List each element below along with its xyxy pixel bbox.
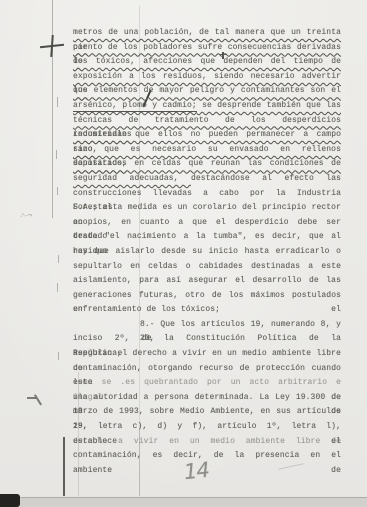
line-segment: aislamiento, para así asegurar el desarr… bbox=[73, 276, 341, 285]
line-segment: hay que aislarlo desde su inicio hasta e… bbox=[73, 247, 341, 256]
line-segment: enfrentamiento de los tóxicos; bbox=[73, 305, 220, 314]
line-segment: seguridad adecuadas, bbox=[73, 174, 191, 183]
text-line: depositados en celdas que reunan las con… bbox=[73, 157, 341, 172]
text-line: seguridad adecuadas, destacándose al efe… bbox=[73, 172, 341, 187]
text-line: desde "el nacimiento a la tumba", es dec… bbox=[73, 230, 341, 245]
line-segment: los tóxicos, afecciones que dependen del… bbox=[73, 57, 341, 66]
text-line: metros de una población, de tal manera q… bbox=[73, 26, 341, 41]
pencil-scribble-mark: ·'·¬ bbox=[19, 208, 46, 222]
margin-tick-mark bbox=[57, 283, 58, 292]
text-line: aislamiento, para así asegurar el desarr… bbox=[73, 274, 341, 289]
text-line: los elementos de mayor peligro y contami… bbox=[73, 84, 341, 99]
text-line: sepultarlo en celdas o cabidades destina… bbox=[73, 260, 341, 275]
text-line: lema se .es quebrantado por un acto arbi… bbox=[73, 376, 341, 391]
text-line: construcciones llevadas a cabo por la In… bbox=[73, 187, 341, 202]
line-segment: derecho a vivir en un medio ambiente lib… bbox=[73, 437, 341, 446]
text-line: derecho a vivir en un medio ambiente lib… bbox=[73, 435, 341, 450]
line-segment: depositados en celdas que reunan las con… bbox=[73, 159, 341, 168]
pencil-dash-mark bbox=[27, 397, 36, 399]
text-line: los tóxicos, afecciones que dependen del… bbox=[73, 55, 341, 70]
line-segment: se desprende también que las bbox=[197, 101, 341, 110]
line-segment: destacándose al efecto las bbox=[191, 174, 341, 183]
registration-cross-mark bbox=[40, 44, 64, 48]
underlined-phrase: arsénico, plomo y cadmio; bbox=[73, 101, 197, 112]
margin-tick-mark bbox=[57, 187, 58, 195]
text-line: hay que aislarlo desde su inicio hasta e… bbox=[73, 245, 341, 260]
bottom-left-vertical-line bbox=[63, 437, 65, 496]
text-line: técnicas de tratamiento de los desperdic… bbox=[73, 114, 341, 129]
registration-cross-mark bbox=[50, 35, 54, 57]
margin-tick-mark bbox=[58, 255, 59, 263]
text-line: exposición a los residuos, siendo necesa… bbox=[73, 70, 341, 85]
text-line: marzo de 1993, sobre Medio Ambiente, en … bbox=[73, 405, 341, 420]
margin-tick-mark bbox=[58, 352, 59, 360]
text-line: sino que es necesario su envasado en rel… bbox=[73, 143, 341, 158]
left-fold-crease bbox=[52, 0, 53, 218]
scan-bottom-edge bbox=[0, 497, 367, 507]
scanned-document-page: ·'·¬ metros de una población, de tal man… bbox=[0, 0, 367, 507]
text-line: generaciones futuras, otro de los máximo… bbox=[73, 289, 341, 304]
page-number: 14 bbox=[183, 458, 210, 484]
text-line: recomiendan que ellos no pueden permanec… bbox=[73, 128, 341, 143]
text-block: metros de una población, de tal manera q… bbox=[73, 26, 341, 464]
text-line: arsénico, plomo y cadmio; se desprende t… bbox=[73, 99, 341, 114]
text-line: 2º, letra c), d) y f), artículo 1º, letr… bbox=[73, 420, 341, 435]
text-line: inciso 2º, de la Constitución Política d… bbox=[73, 332, 341, 347]
text-line: acopios, en cuanto a que el desperdicio … bbox=[73, 216, 341, 231]
pencil-backslash-mark bbox=[34, 395, 42, 406]
line-segment: sepultarlo en celdas o cabidades destina… bbox=[73, 262, 341, 271]
margin-tick-mark bbox=[57, 97, 58, 107]
text-line: contaminación, otorgando recurso de prot… bbox=[73, 362, 341, 377]
text-line: ciento de los pobladores sufre consecuen… bbox=[73, 41, 341, 56]
line-segment: lema se .es quebrantado por un acto arbi… bbox=[73, 378, 341, 402]
scan-corner-shadow bbox=[0, 494, 20, 507]
line-segment: los elementos de mayor peligro y contami… bbox=[73, 86, 341, 95]
text-line: 8.- Que los artículos 19, numerando 8, y… bbox=[73, 318, 341, 333]
text-line: aseguran el derecho a vivir en un medio … bbox=[73, 347, 341, 362]
text-line: S.A.; esta medida es un corolario del pr… bbox=[73, 201, 341, 216]
margin-tick-mark bbox=[56, 150, 57, 159]
